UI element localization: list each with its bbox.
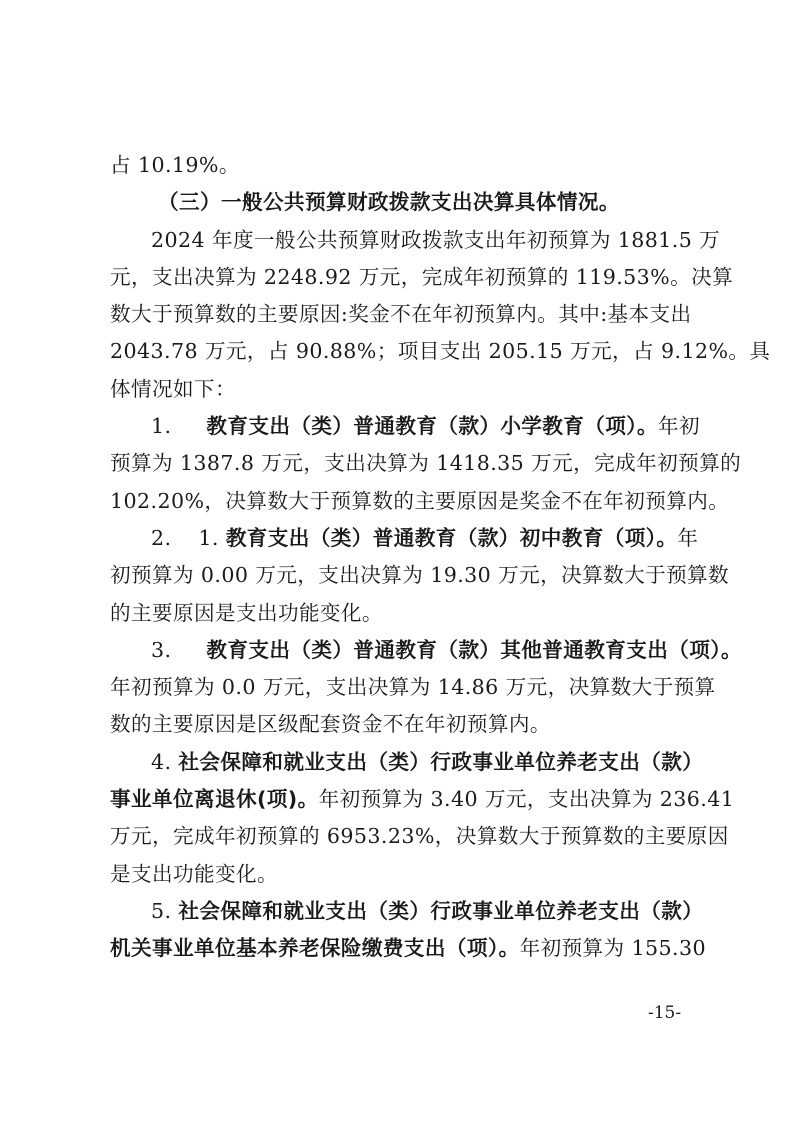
item-4: 4. 社会保障和就业支出（类）行政事业单位养老支出（款） 事业单位离退休(项)。… xyxy=(110,744,694,893)
paragraph-line: 年初预算为 0.0 万元，支出决算为 14.86 万元，决算数大于预算 xyxy=(110,669,694,706)
item-title: 社会保障和就业支出（类）行政事业单位养老支出（款） xyxy=(178,750,703,774)
item-heading-line: 5. 社会保障和就业支出（类）行政事业单位养老支出（款） xyxy=(110,893,694,930)
item-number: 3. xyxy=(151,638,171,662)
item-2: 2. 1. 教育支出（类）普通教育（款）初中教育（项）。 年 初预算为 0.00… xyxy=(110,520,694,632)
item-line-tail: 年初预算为 155.30 xyxy=(520,936,706,960)
item-heading-line: 3. 教育支出（类）普通教育（款）其他普通教育支出（项）。 xyxy=(110,632,694,669)
item-prefix: 1. xyxy=(198,526,218,550)
item-heading-line-2: 事业单位离退休(项)。年初预算为 3.40 万元，支出决算为 236.41 xyxy=(110,781,694,818)
paragraph-line: 数大于预算数的主要原因:奖金不在年初预算内。其中:基本支出 xyxy=(110,296,694,333)
section-heading: （三）一般公共预算财政拨款支出决算具体情况。 xyxy=(110,184,694,221)
paragraph-line: 2024 年度一般公共预算财政拨款支出年初预算为 1881.5 万 xyxy=(110,222,694,259)
paragraph-line: 体情况如下： xyxy=(110,371,694,408)
item-number: 5. xyxy=(151,899,171,923)
page-number: -15- xyxy=(648,1003,681,1023)
paragraph-line: 2043.78 万元，占 90.88%；项目支出 205.15 万元，占 9.1… xyxy=(110,333,694,370)
item-heading-line: 2. 1. 教育支出（类）普通教育（款）初中教育（项）。 年 xyxy=(110,520,694,557)
item-title-cont: 机关事业单位基本养老保险缴费支出（项）。 xyxy=(110,936,520,960)
item-line-tail: 年 xyxy=(677,520,698,557)
continuation-text: 占 10.19%。 xyxy=(110,147,694,184)
paragraph-line: 是支出功能变化。 xyxy=(110,856,694,893)
paragraph-line: 预算为 1387.8 万元，支出决算为 1418.35 万元，完成年初预算的 xyxy=(110,445,694,482)
intro-paragraph: 2024 年度一般公共预算财政拨款支出年初预算为 1881.5 万 元，支出决算… xyxy=(110,222,694,408)
item-number: 4. xyxy=(151,750,171,774)
item-title: 教育支出（类）普通教育（款）其他普通教育支出（项）。 xyxy=(206,638,742,662)
item-line-tail: 年初 xyxy=(658,408,700,445)
paragraph-line: 数的主要原因是区级配套资金不在年初预算内。 xyxy=(110,706,694,743)
item-5: 5. 社会保障和就业支出（类）行政事业单位养老支出（款） 机关事业单位基本养老保… xyxy=(110,893,694,968)
paragraph-line: 初预算为 0.00 万元，支出决算为 19.30 万元，决算数大于预算数 xyxy=(110,557,694,594)
item-heading-line: 1. 教育支出（类）普通教育（款）小学教育（项）。 年初 xyxy=(110,408,694,445)
item-number: 2. xyxy=(151,526,171,550)
item-heading-line: 4. 社会保障和就业支出（类）行政事业单位养老支出（款） xyxy=(110,744,694,781)
item-title: 社会保障和就业支出（类）行政事业单位养老支出（款） xyxy=(178,899,703,923)
paragraph-line: 万元，完成年初预算的 6953.23%，决算数大于预算数的主要原因 xyxy=(110,818,694,855)
item-title-cont: 事业单位离退休(项)。 xyxy=(110,787,319,811)
item-line-tail: 年初预算为 3.40 万元，支出决算为 236.41 xyxy=(319,787,735,811)
document-page: 占 10.19%。 （三）一般公共预算财政拨款支出决算具体情况。 2024 年度… xyxy=(110,147,694,968)
paragraph-line: 元，支出决算为 2248.92 万元，完成年初预算的 119.53%。决算 xyxy=(110,259,694,296)
item-title: 教育支出（类）普通教育（款）初中教育（项）。 xyxy=(226,526,678,550)
item-title: 教育支出（类）普通教育（款）小学教育（项）。 xyxy=(206,414,658,438)
item-heading-line-2: 机关事业单位基本养老保险缴费支出（项）。年初预算为 155.30 xyxy=(110,930,694,967)
item-3: 3. 教育支出（类）普通教育（款）其他普通教育支出（项）。 年初预算为 0.0 … xyxy=(110,632,694,744)
item-1: 1. 教育支出（类）普通教育（款）小学教育（项）。 年初 预算为 1387.8 … xyxy=(110,408,694,520)
paragraph-line: 102.20%，决算数大于预算数的主要原因是奖金不在年初预算内。 xyxy=(110,483,694,520)
paragraph-line: 的主要原因是支出功能变化。 xyxy=(110,595,694,632)
item-number: 1. xyxy=(151,414,171,438)
